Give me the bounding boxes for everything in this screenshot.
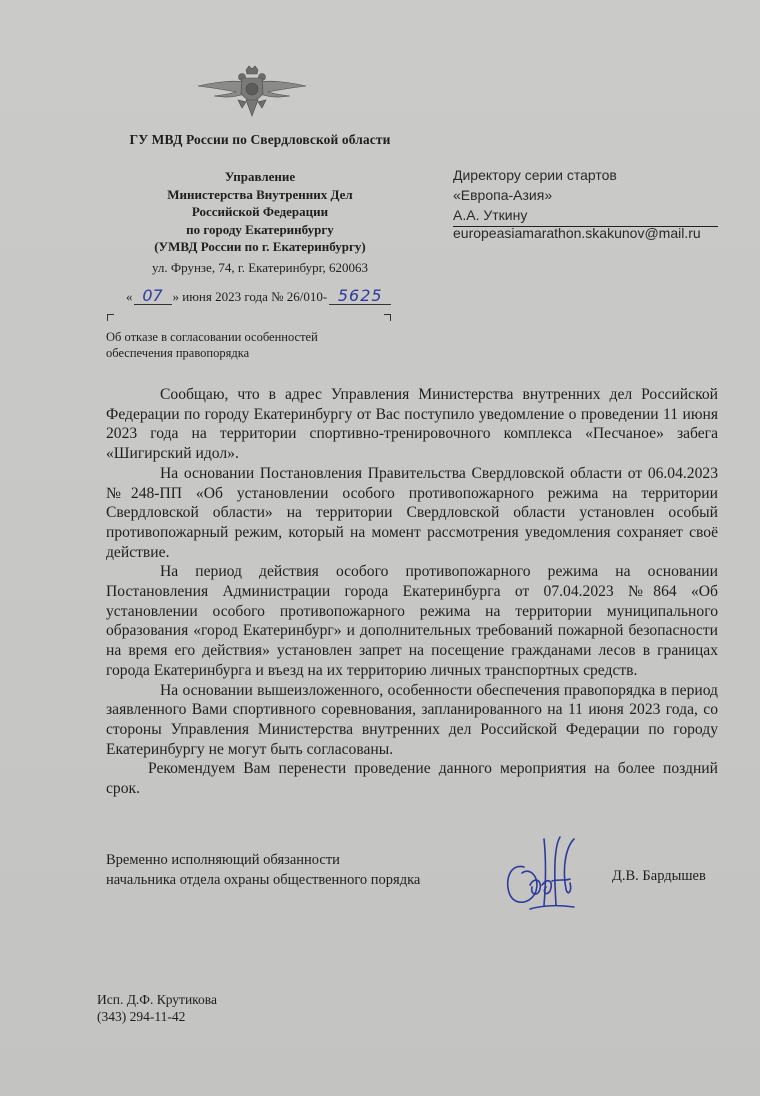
handwritten-day: 07: [134, 288, 172, 305]
recipient-block: Директору серии стартов «Европа-Азия» А.…: [453, 165, 718, 227]
organization-name: ГУ МВД России по Свердловской области: [100, 132, 420, 148]
body-paragraph: На основании вышеизложенного, особенност…: [106, 681, 718, 760]
body-paragraph-recommendation: Рекомендуем Вам перенести проведение дан…: [106, 759, 718, 798]
signer-name: Д.В. Бардышев: [612, 868, 706, 885]
body-paragraph: На период действия особого противопожарн…: [106, 562, 718, 680]
handwritten-registration-number: 5625: [329, 288, 391, 305]
executor-phone: (343) 294-11-42: [97, 1008, 217, 1025]
corner-mark-left: [107, 314, 114, 321]
department-header: Управление Министерства Внутренних Дел Р…: [100, 168, 420, 256]
subject-line: обеспечения правопорядка: [106, 346, 406, 362]
executor-block: Исп. Д.Ф. Крутикова (343) 294-11-42: [97, 991, 217, 1025]
recipient-email: europeasiamarathon.skakunov@mail.ru: [453, 225, 701, 241]
subject-line: Об отказе в согласовании особенностей: [106, 330, 406, 346]
recipient-line: Директору серии стартов: [453, 165, 718, 185]
body-paragraph: Сообщаю, что в адрес Управления Министер…: [106, 385, 718, 464]
recipient-line: «Европа-Азия»: [453, 185, 718, 205]
mvd-emblem-icon: [196, 64, 308, 120]
registration-line: «07» июня 2023 года № 26/010-5625: [126, 288, 391, 305]
registration-date-text: » июня 2023 года № 26/010-: [173, 289, 328, 304]
registration-quote: «: [126, 289, 133, 304]
signer-position: Временно исполняющий обязанности начальн…: [106, 850, 420, 890]
body-paragraph: На основании Постановления Правительства…: [106, 464, 718, 563]
department-line: Российской Федерации: [100, 203, 420, 221]
department-line: по городу Екатеринбургу: [100, 221, 420, 239]
letter-body: Сообщаю, что в адрес Управления Министер…: [106, 385, 718, 799]
recipient-name: А.А. Уткину: [453, 205, 718, 227]
department-line: Управление: [100, 168, 420, 186]
signer-position-line: начальника отдела охраны общественного п…: [106, 870, 420, 890]
letter-subject: Об отказе в согласовании особенностей об…: [106, 330, 406, 361]
department-line: Министерства Внутренних Дел: [100, 186, 420, 204]
handwritten-signature-icon: [500, 833, 590, 913]
department-line: (УМВД России по г. Екатеринбургу): [100, 238, 420, 256]
organization-address: ул. Фрунзе, 74, г. Екатеринбург, 620063: [100, 260, 420, 276]
corner-mark-right: [384, 314, 391, 321]
executor-name: Исп. Д.Ф. Крутикова: [97, 991, 217, 1008]
signer-position-line: Временно исполняющий обязанности: [106, 850, 420, 870]
